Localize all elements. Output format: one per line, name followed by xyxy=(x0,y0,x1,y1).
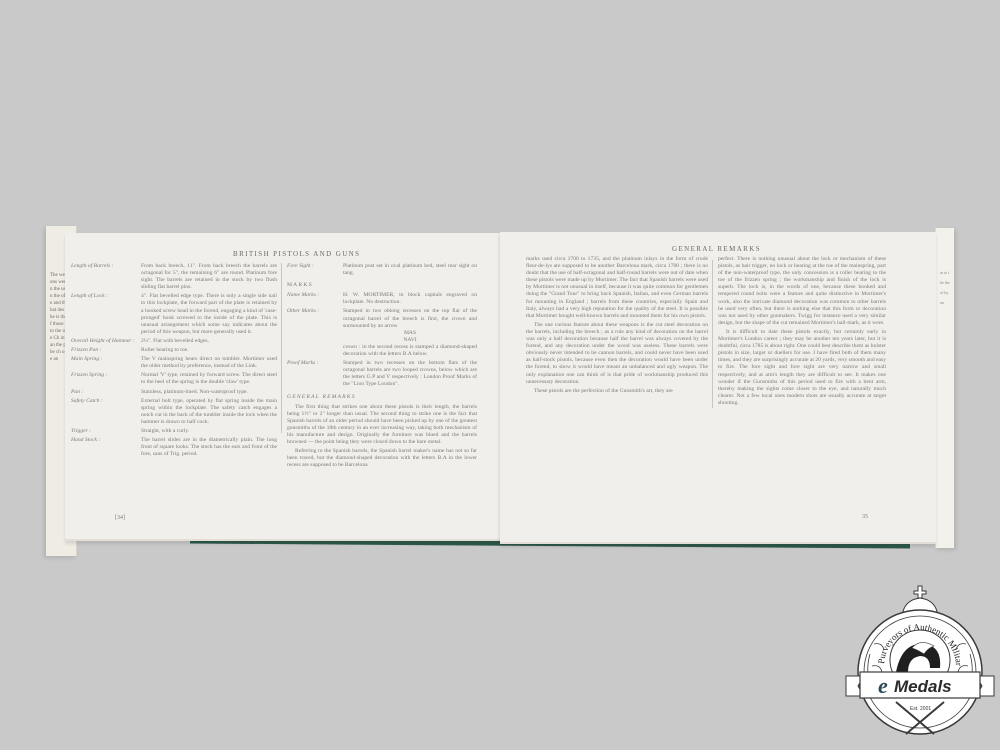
paragraph: These pistols are the perfection of the … xyxy=(526,388,708,395)
spec-value: 4". Flat bevelled edge type. There is on… xyxy=(141,293,277,336)
spec-value: Straight, with a curly. xyxy=(141,428,277,435)
specs-column: Length of Barrels : From back breech, 11… xyxy=(71,263,277,503)
spec-label: Frizzen Pan : xyxy=(71,347,141,354)
spec-row: Length of Barrels : From back breech, 11… xyxy=(71,263,277,291)
other-marks-text: Stamped in two oblong recesses on the to… xyxy=(343,308,477,328)
spec-label: Proof Marks : xyxy=(287,360,343,388)
paragraph: It is difficult to date these pistols ex… xyxy=(718,329,886,407)
marks-column: Fore Sight : Platinum post set in oval p… xyxy=(287,263,477,503)
spec-label: Length of Lock : xyxy=(71,293,141,336)
spec-row: Other Marks : Stamped in two oblong rece… xyxy=(287,308,477,358)
spec-value: Stamped in two oblong recesses on the to… xyxy=(343,308,477,358)
spec-row: Trigger : Straight, with a curly. xyxy=(71,428,277,435)
left-page-number: [34] xyxy=(115,515,125,521)
left-page: British Pistols and Guns Length of Barre… xyxy=(65,233,505,541)
right-page: General Remarks marks used circa 1700 to… xyxy=(500,232,936,544)
right-flap-text: in to the the of by an xyxy=(940,268,950,518)
spec-value: External bolt type, operated by flat spr… xyxy=(141,398,277,426)
spec-label: Pan : xyxy=(71,389,141,396)
spec-label: Safety Catch : xyxy=(71,398,141,426)
spec-label: Name Marks : xyxy=(287,292,343,306)
spec-label: Overall Height of Hammer : xyxy=(71,338,141,345)
text-column-right: perfect. There is nothing unusual about … xyxy=(718,256,886,456)
spec-label: Other Marks : xyxy=(287,308,343,358)
brand-name: Medals xyxy=(894,677,952,696)
spec-row: Pan : Stainless, platinum-lined. Non-wat… xyxy=(71,389,277,396)
spec-value: H. W. MORTIMER, in block capitals engrav… xyxy=(343,292,477,306)
right-running-head: General Remarks xyxy=(672,245,761,253)
paragraph: Referring to the Spanish barrels, the Sp… xyxy=(287,448,477,469)
spec-row: Frizzen Spring : Normal 'V' type, retain… xyxy=(71,372,277,386)
spec-row: Overall Height of Hammer : 2¼". Flat wit… xyxy=(71,338,277,345)
emedals-watermark-logo: Purveyors of Authentic Militaria e Medal… xyxy=(844,584,996,744)
spec-value: Platinum post set in oval platinum bed, … xyxy=(343,263,477,277)
spec-label: Trigger : xyxy=(71,428,141,435)
spec-label: Hand Stock : xyxy=(71,437,141,458)
spec-value: Stainless, platinum-lined. Non-waterproo… xyxy=(141,389,277,396)
spec-value: Normal 'V' type, retained by forward scr… xyxy=(141,372,277,386)
right-page-number: 35 xyxy=(862,514,868,520)
established-text: Est. 2001 xyxy=(910,706,931,712)
spec-row: Proof Marks : Stamped in two recesses on… xyxy=(287,360,477,388)
spec-label: Main Spring : xyxy=(71,356,141,370)
spec-row: Safety Catch : External bolt type, opera… xyxy=(71,398,277,426)
spec-row: Main Spring : The V mainspring bears dir… xyxy=(71,356,277,370)
spec-row: Hand Stock : The barrel slides are in th… xyxy=(71,437,277,458)
spec-value: The V mainspring bears direct on tumbler… xyxy=(141,356,277,370)
spec-value: The barrel slides are in the diametrical… xyxy=(141,437,277,458)
spec-label: Length of Barrels : xyxy=(71,263,141,291)
general-remarks-heading: General Remarks xyxy=(287,394,477,401)
spec-label: Frizzen Spring : xyxy=(71,372,141,386)
paragraph: perfect. There is nothing unusual about … xyxy=(718,256,886,327)
other-marks-text: crown : in the second recess is stamped … xyxy=(343,344,477,357)
paragraph: The first thing that strikes one about t… xyxy=(287,404,477,447)
spec-row: Fore Sight : Platinum post set in oval p… xyxy=(287,263,477,277)
spec-row: Name Marks : H. W. MORTIMER, in block ca… xyxy=(287,292,477,306)
left-running-head: British Pistols and Guns xyxy=(233,250,360,258)
spec-value: Stamped in two recesses on the bottom fl… xyxy=(343,360,477,388)
spec-label: Fore Sight : xyxy=(287,263,343,277)
marks-heading: Marks xyxy=(287,282,477,289)
paragraph: marks used circa 1700 to 1735, and the p… xyxy=(526,256,708,320)
stamp-line: MAS xyxy=(343,330,477,337)
dust-jacket-right-flap: in to the the of by an xyxy=(935,228,954,548)
spec-value: From back breech, 11". From back breech … xyxy=(141,263,277,291)
spec-row: Frizzen Pan : Roller bearing to toe. xyxy=(71,347,277,354)
spec-row: Length of Lock : 4". Flat bevelled edge … xyxy=(71,293,277,336)
spec-value: 2¼". Flat with bevelled edges. xyxy=(141,338,277,345)
stamp-line: NAVI xyxy=(343,337,477,344)
emedals-badge-icon: Purveyors of Authentic Militaria e Medal… xyxy=(844,584,996,744)
column-divider xyxy=(712,260,713,408)
spec-value: Roller bearing to toe. xyxy=(141,347,277,354)
brand-prefix: e xyxy=(878,673,888,698)
column-divider xyxy=(281,263,282,433)
text-column-left: marks used circa 1700 to 1735, and the p… xyxy=(526,256,708,456)
paragraph: The one curious feature about these weap… xyxy=(526,322,708,386)
book-photo-scene: The weapons were in the use in the of th… xyxy=(0,0,1000,750)
